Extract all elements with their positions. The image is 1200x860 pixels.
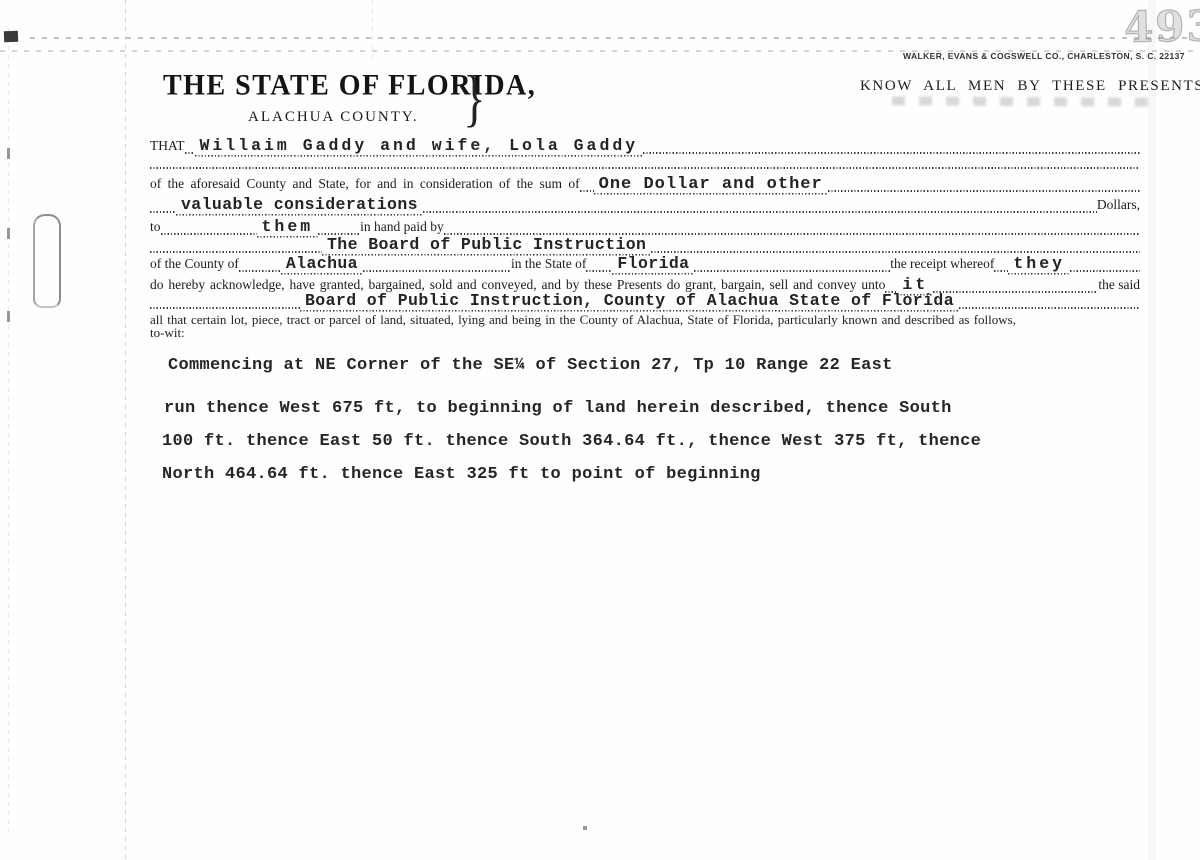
legal-description-line: North 464.64 ft. thence East 325 ft to p…: [162, 465, 761, 484]
county-fill: Alachua: [281, 256, 363, 275]
dotted-leader: [694, 270, 890, 272]
legal-description-line: Commencing at NE Corner of the SE¼ of Se…: [168, 356, 893, 375]
said-label: the said: [1098, 277, 1140, 293]
dotted-leader: [994, 270, 1008, 272]
in-hand-label: in hand paid by: [360, 219, 444, 235]
county-of-label: of the County of: [150, 256, 239, 272]
dotted-leader: [828, 190, 1140, 192]
state-of-label: in the State of: [511, 256, 586, 272]
faded-ink-smudge: [892, 96, 1148, 106]
that-label: THAT: [150, 138, 185, 154]
to-fill: them: [257, 219, 319, 238]
state-fill: Florida: [612, 256, 694, 275]
scan-streak: [1148, 0, 1156, 860]
title-brace: }: [463, 66, 485, 130]
consideration-line: of the aforesaid County and State, for a…: [150, 176, 1140, 195]
grantor-line: THAT Willaim Gaddy and wife, Lola Gaddy: [150, 138, 1140, 157]
county-state-line: of the County of Alachua in the State of…: [150, 256, 1140, 275]
page-number-stamp: 493: [1124, 1, 1200, 52]
dotted-leader: [363, 270, 511, 272]
dotted-leader: [150, 307, 300, 309]
consideration-lead-label: of the aforesaid County and State, for a…: [150, 176, 580, 192]
dotted-leader: [643, 152, 1140, 154]
fold-line: [125, 0, 126, 860]
blank-ruled-line: [150, 164, 1140, 172]
grantee-line: Board of Public Instruction, County of A…: [150, 293, 1140, 312]
consideration-cont-fill: valuable considerations: [176, 197, 423, 216]
dotted-leader: [580, 190, 594, 192]
dotted-leader: [239, 270, 281, 272]
consideration-amount-fill: One Dollar and other: [594, 176, 828, 195]
dotted-leader: [423, 211, 1097, 213]
consideration-cont-line: valuable considerations Dollars,: [150, 197, 1140, 216]
scan-speck: [583, 826, 587, 830]
dotted-leader: [161, 233, 257, 235]
dollars-label: Dollars,: [1097, 197, 1140, 213]
receipt-label: the receipt whereof: [890, 256, 994, 272]
paid-by-line: The Board of Public Instruction: [150, 237, 1140, 256]
receipt-fill: they: [1008, 256, 1070, 275]
towit-label: to-wit:: [150, 325, 1160, 341]
dotted-leader: [150, 211, 176, 213]
edge-tick-mark: [7, 148, 10, 159]
county-subtitle: ALACHUA COUNTY.: [248, 109, 419, 126]
corner-ink-mark: [4, 31, 18, 42]
dotted-leader: [959, 307, 1140, 309]
dotted-leader: [185, 152, 195, 154]
dotted-leader: [150, 167, 1140, 169]
dotted-leader: [651, 251, 1140, 253]
to-label: to: [150, 219, 161, 235]
scan-noise-line: [30, 37, 1190, 39]
paperclip-mark: [33, 214, 61, 308]
paid-by-fill: The Board of Public Instruction: [322, 237, 651, 256]
legal-description-line: run thence West 675 ft, to beginning of …: [164, 399, 952, 418]
printer-mark: WALKER, EVANS & COGSWELL CO., CHARLESTON…: [903, 51, 1185, 61]
scanned-deed-page: 493 WALKER, EVANS & COGSWELL CO., CHARLE…: [0, 0, 1200, 860]
know-all-heading: KNOW ALL MEN BY THESE PRESENTS: [860, 78, 1200, 95]
grantee-fill: Board of Public Instruction, County of A…: [300, 293, 959, 312]
edge-tick-mark: [7, 228, 10, 239]
grantors-fill: Willaim Gaddy and wife, Lola Gaddy: [195, 138, 644, 157]
dotted-leader: [586, 270, 612, 272]
legal-description-line: 100 ft. thence East 50 ft. thence South …: [162, 432, 981, 451]
dotted-leader: [150, 251, 322, 253]
dotted-leader: [1070, 270, 1140, 272]
edge-tick-mark: [7, 311, 10, 322]
